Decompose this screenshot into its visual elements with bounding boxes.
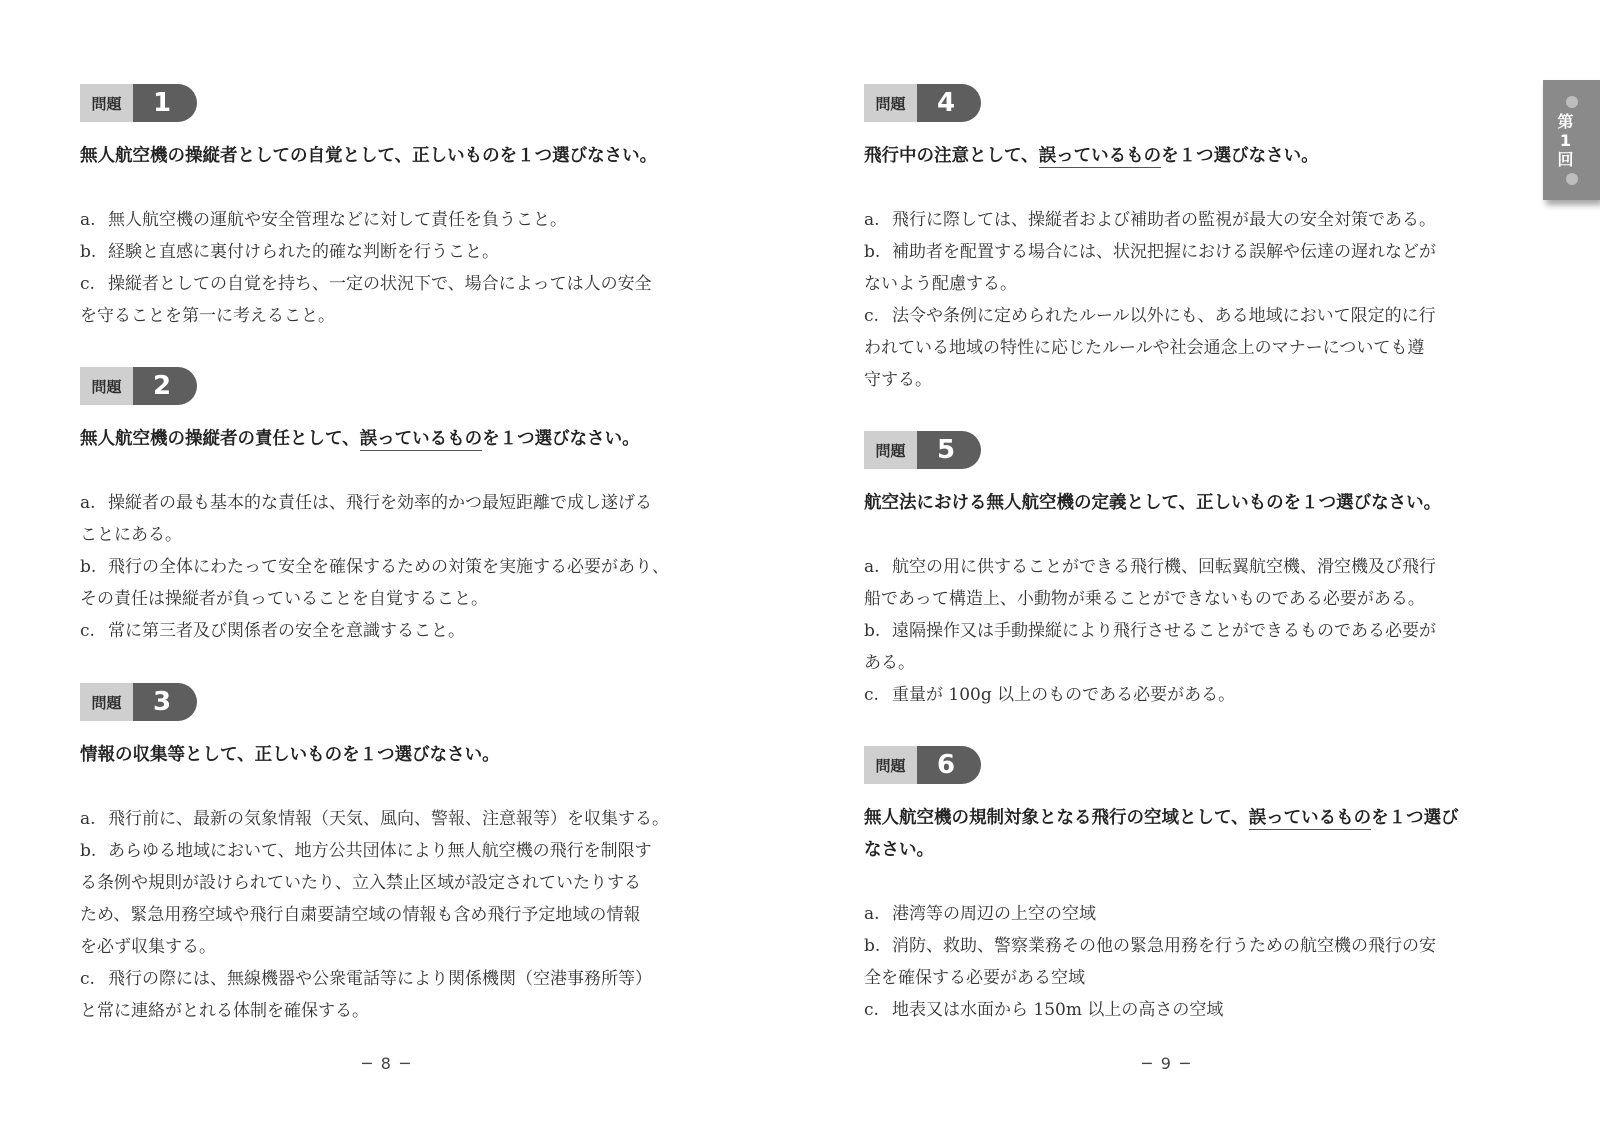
option-continuation: その責任は操縦者が負っていることを自覚すること。: [80, 583, 720, 615]
option-key: c.: [864, 679, 892, 711]
options-list: a.港湾等の周辺の上空の空域b.消防、救助、警察業務その他の緊急用務を行うための…: [864, 898, 1504, 1026]
option-continuation: ため、緊急用務空域や飛行自粛要請空域の情報も含め飛行予定地域の情報: [80, 899, 720, 931]
options-list: a.操縦者の最も基本的な責任は、飛行を効率的かつ最短距離で成し遂げることにある。…: [80, 487, 720, 647]
right-page: 問題4飛行中の注意として、誤っているものを１つ選びなさい。a.飛行に際しては、操…: [800, 0, 1600, 1133]
stem-text: 飛行中の注意として、: [864, 146, 1039, 166]
question-5: 問題5航空法における無人航空機の定義として、正しいものを１つ選びなさい。a.航空…: [864, 431, 1504, 711]
option-key: b.: [80, 551, 108, 583]
option-key: a.: [80, 803, 108, 835]
option-text: ため、緊急用務空域や飛行自粛要請空域の情報も含め飛行予定地域の情報: [80, 899, 640, 931]
badge-label: 問題: [80, 683, 133, 721]
option-continuation: を守ることを第一に考えること。: [80, 300, 720, 332]
option-text: ことにある。: [80, 519, 182, 551]
options-list: a.無人航空機の運航や安全管理などに対して責任を負うこと。b.経験と直感に裏付け…: [80, 204, 720, 332]
option-continuation: 全を確保する必要がある空域: [864, 962, 1504, 994]
chapter-tab[interactable]: 第 1 回: [1543, 80, 1600, 200]
option-c: c.法令や条例に定められたルール以外にも、ある地域において限定的に行: [864, 300, 1504, 332]
option-text: 船であって構造上、小動物が乗ることができないものである必要がある。: [864, 583, 1425, 615]
option-c: c.地表又は水面から 150m 以上の高さの空域: [864, 994, 1504, 1026]
badge-label: 問題: [864, 746, 917, 784]
option-key: c.: [864, 994, 892, 1026]
question-1: 問題1無人航空機の操縦者としての自覚として、正しいものを１つ選びなさい。a.無人…: [80, 84, 720, 332]
option-b: b.消防、救助、警察業務その他の緊急用務を行うための航空機の飛行の安: [864, 930, 1504, 962]
option-text: 遠隔操作又は手動操縦により飛行させることができるものである必要が: [892, 615, 1436, 647]
question-3: 問題3情報の収集等として、正しいものを１つ選びなさい。a.飛行前に、最新の気象情…: [80, 683, 720, 1027]
option-text: 全を確保する必要がある空域: [864, 962, 1085, 994]
question-stem: 無人航空機の操縦者としての自覚として、正しいものを１つ選びなさい。: [80, 140, 720, 172]
option-key: c.: [80, 963, 108, 995]
option-text: あらゆる地域において、地方公共団体により無人航空機の飛行を制限す: [108, 835, 652, 867]
option-c: c.重量が 100g 以上のものである必要がある。: [864, 679, 1504, 711]
option-text: 無人航空機の運航や安全管理などに対して責任を負うこと。: [108, 204, 567, 236]
option-text: 補助者を配置する場合には、状況把握における誤解や伝達の遅れなどが: [892, 236, 1436, 268]
stem-line: 航空法における無人航空機の定義として、正しいものを１つ選びなさい。: [864, 487, 1504, 519]
question-number: 2: [133, 367, 197, 405]
option-a: a.航空の用に供することができる飛行機、回転翼航空機、滑空機及び飛行: [864, 551, 1504, 583]
option-text: 飛行の際には、無線機器や公衆電話等により関係機関（空港事務所等）: [108, 963, 652, 995]
dot-icon: [1566, 96, 1578, 108]
question-stem: 航空法における無人航空機の定義として、正しいものを１つ選びなさい。: [864, 487, 1504, 519]
option-b: b.遠隔操作又は手動操縦により飛行させることができるものである必要が: [864, 615, 1504, 647]
option-b: b.飛行の全体にわたって安全を確保するための対策を実施する必要があり、: [80, 551, 720, 583]
question-number: 6: [917, 746, 981, 784]
question-badge: 問題5: [864, 431, 1504, 469]
question-badge: 問題6: [864, 746, 1504, 784]
option-key: b.: [864, 930, 892, 962]
page-number: ─ 8 ─: [362, 1054, 412, 1073]
option-continuation: ことにある。: [80, 519, 720, 551]
badge-label: 問題: [80, 84, 133, 122]
option-continuation: 船であって構造上、小動物が乗ることができないものである必要がある。: [864, 583, 1504, 615]
option-a: a.飛行前に、最新の気象情報（天気、風向、警報、注意報等）を収集する。: [80, 803, 720, 835]
option-text: 経験と直感に裏付けられた的確な判断を行うこと。: [108, 236, 499, 268]
option-c: c.飛行の際には、無線機器や公衆電話等により関係機関（空港事務所等）: [80, 963, 720, 995]
option-text: 飛行前に、最新の気象情報（天気、風向、警報、注意報等）を収集する。: [108, 803, 669, 835]
stem-text: 無人航空機の規制対象となる飛行の空域として、: [864, 808, 1249, 828]
options-list: a.航空の用に供することができる飛行機、回転翼航空機、滑空機及び飛行船であって構…: [864, 551, 1504, 711]
option-text: ある。: [864, 647, 915, 679]
stem-emphasis: 誤っているもの: [1249, 808, 1372, 830]
option-text: 法令や条例に定められたルール以外にも、ある地域において限定的に行: [892, 300, 1436, 332]
question-badge: 問題3: [80, 683, 720, 721]
option-text: る条例や規則が設けられていたり、立入禁止区域が設定されていたりする: [80, 867, 641, 899]
badge-label: 問題: [864, 84, 917, 122]
option-b: b.経験と直感に裏付けられた的確な判断を行うこと。: [80, 236, 720, 268]
question-number: 5: [917, 431, 981, 469]
stem-text: 無人航空機の操縦者としての自覚として、正しいものを１つ選びなさい。: [80, 146, 657, 166]
stem-line: なさい。: [864, 834, 1504, 866]
option-text: 操縦者としての自覚を持ち、一定の状況下で、場合によっては人の安全: [108, 268, 652, 300]
option-text: 操縦者の最も基本的な責任は、飛行を効率的かつ最短距離で成し遂げる: [108, 487, 652, 519]
option-key: c.: [864, 300, 892, 332]
option-text: われている地域の特性に応じたルールや社会通念上のマナーについても遵: [864, 332, 1424, 364]
chapter-tab-label: 第 1 回: [1557, 112, 1573, 169]
question-stem: 飛行中の注意として、誤っているものを１つ選びなさい。: [864, 140, 1504, 172]
option-continuation: を必ず収集する。: [80, 931, 720, 963]
option-continuation: われている地域の特性に応じたルールや社会通念上のマナーについても遵: [864, 332, 1504, 364]
stem-line: 無人航空機の操縦者の責任として、誤っているものを１つ選びなさい。: [80, 423, 720, 455]
option-text: 消防、救助、警察業務その他の緊急用務を行うための航空機の飛行の安: [892, 930, 1436, 962]
option-key: a.: [80, 487, 108, 519]
option-a: a.港湾等の周辺の上空の空域: [864, 898, 1504, 930]
option-continuation: ないよう配慮する。: [864, 268, 1504, 300]
question-badge: 問題1: [80, 84, 720, 122]
option-text: 常に第三者及び関係者の安全を意識すること。: [108, 615, 465, 647]
stem-emphasis: 誤っているもの: [1039, 146, 1162, 168]
stem-text: を１つ選びなさい。: [482, 429, 640, 449]
option-text: 地表又は水面から 150m 以上の高さの空域: [892, 994, 1223, 1026]
option-key: c.: [80, 615, 108, 647]
option-key: b.: [80, 835, 108, 867]
left-page: 問題1無人航空機の操縦者としての自覚として、正しいものを１つ選びなさい。a.無人…: [0, 0, 800, 1133]
question-badge: 問題2: [80, 367, 720, 405]
option-continuation: ある。: [864, 647, 1504, 679]
dot-icon: [1566, 173, 1578, 185]
option-continuation: 守する。: [864, 364, 1504, 396]
stem-line: 情報の収集等として、正しいものを１つ選びなさい。: [80, 739, 720, 771]
option-b: b.あらゆる地域において、地方公共団体により無人航空機の飛行を制限す: [80, 835, 720, 867]
option-key: a.: [80, 204, 108, 236]
option-text: と常に連絡がとれる体制を確保する。: [80, 995, 369, 1027]
question-number: 3: [133, 683, 197, 721]
option-key: b.: [864, 236, 892, 268]
page-number: ─ 9 ─: [1142, 1054, 1192, 1073]
option-c: c.常に第三者及び関係者の安全を意識すること。: [80, 615, 720, 647]
option-a: a.飛行に際しては、操縦者および補助者の監視が最大の安全対策である。: [864, 204, 1504, 236]
option-key: a.: [864, 898, 892, 930]
option-text: 飛行に際しては、操縦者および補助者の監視が最大の安全対策である。: [892, 204, 1436, 236]
option-text: 飛行の全体にわたって安全を確保するための対策を実施する必要があり、: [108, 551, 669, 583]
option-a: a.無人航空機の運航や安全管理などに対して責任を負うこと。: [80, 204, 720, 236]
option-c: c.操縦者としての自覚を持ち、一定の状況下で、場合によっては人の安全: [80, 268, 720, 300]
option-key: a.: [864, 551, 892, 583]
badge-label: 問題: [864, 431, 917, 469]
stem-text: を１つ選びなさい。: [1161, 146, 1319, 166]
options-list: a.飛行前に、最新の気象情報（天気、風向、警報、注意報等）を収集する。b.あらゆ…: [80, 803, 720, 1027]
question-stem: 情報の収集等として、正しいものを１つ選びなさい。: [80, 739, 720, 771]
option-continuation: と常に連絡がとれる体制を確保する。: [80, 995, 720, 1027]
option-continuation: る条例や規則が設けられていたり、立入禁止区域が設定されていたりする: [80, 867, 720, 899]
stem-text: を１つ選び: [1371, 808, 1459, 828]
stem-line: 飛行中の注意として、誤っているものを１つ選びなさい。: [864, 140, 1504, 172]
option-text: 守する。: [864, 364, 932, 396]
option-key: b.: [864, 615, 892, 647]
question-2: 問題2無人航空機の操縦者の責任として、誤っているものを１つ選びなさい。a.操縦者…: [80, 367, 720, 647]
option-text: 港湾等の周辺の上空の空域: [892, 898, 1096, 930]
option-key: b.: [80, 236, 108, 268]
option-b: b.補助者を配置する場合には、状況把握における誤解や伝達の遅れなどが: [864, 236, 1504, 268]
option-text: 航空の用に供することができる飛行機、回転翼航空機、滑空機及び飛行: [892, 551, 1436, 583]
question-badge: 問題4: [864, 84, 1504, 122]
option-text: を必ず収集する。: [80, 931, 216, 963]
option-a: a.操縦者の最も基本的な責任は、飛行を効率的かつ最短距離で成し遂げる: [80, 487, 720, 519]
question-number: 4: [917, 84, 981, 122]
badge-label: 問題: [80, 367, 133, 405]
stem-text: 航空法における無人航空機の定義として、正しいものを１つ選びなさい。: [864, 493, 1441, 513]
stem-text: なさい。: [864, 840, 934, 860]
option-text: その責任は操縦者が負っていることを自覚すること。: [80, 583, 488, 615]
options-list: a.飛行に際しては、操縦者および補助者の監視が最大の安全対策である。b.補助者を…: [864, 204, 1504, 396]
question-4: 問題4飛行中の注意として、誤っているものを１つ選びなさい。a.飛行に際しては、操…: [864, 84, 1504, 396]
option-text: ないよう配慮する。: [864, 268, 1017, 300]
question-stem: 無人航空機の規制対象となる飛行の空域として、誤っているものを１つ選びなさい。: [864, 802, 1504, 866]
option-key: c.: [80, 268, 108, 300]
stem-text: 情報の収集等として、正しいものを１つ選びなさい。: [80, 745, 500, 765]
question-stem: 無人航空機の操縦者の責任として、誤っているものを１つ選びなさい。: [80, 423, 720, 455]
option-text: を守ることを第一に考えること。: [80, 300, 335, 332]
stem-text: 無人航空機の操縦者の責任として、: [80, 429, 360, 449]
stem-line: 無人航空機の操縦者としての自覚として、正しいものを１つ選びなさい。: [80, 140, 720, 172]
question-6: 問題6無人航空機の規制対象となる飛行の空域として、誤っているものを１つ選びなさい…: [864, 746, 1504, 1026]
stem-emphasis: 誤っているもの: [360, 429, 483, 451]
option-key: a.: [864, 204, 892, 236]
option-text: 重量が 100g 以上のものである必要がある。: [892, 679, 1235, 711]
stem-line: 無人航空機の規制対象となる飛行の空域として、誤っているものを１つ選び: [864, 802, 1504, 834]
question-number: 1: [133, 84, 197, 122]
